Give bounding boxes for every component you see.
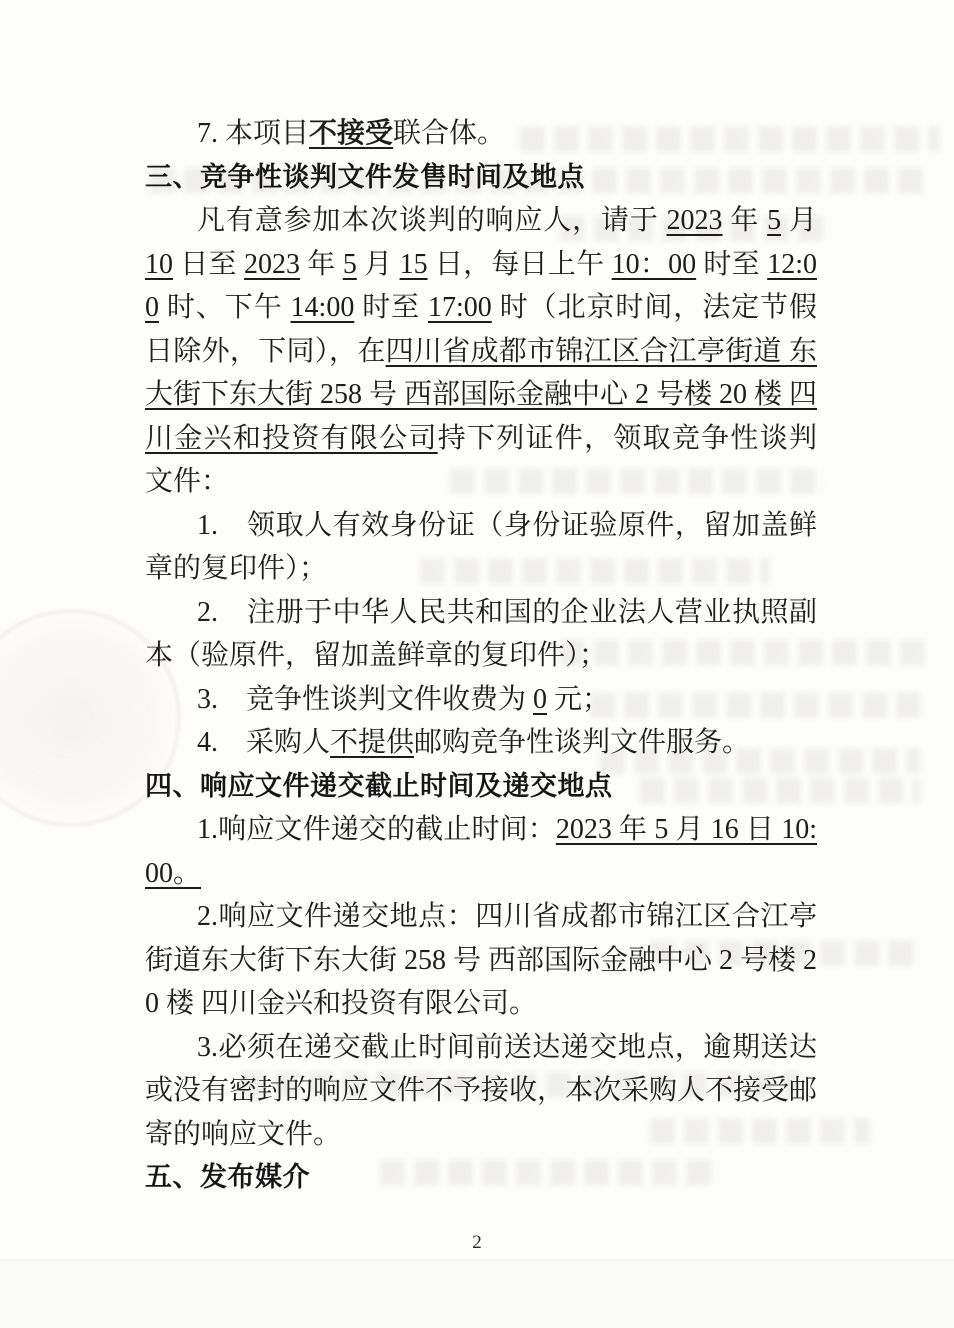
section-3-item-3: 3. 竞争性谈判文件收费为 0 元； (145, 678, 817, 722)
section-4-item-3: 3.必须在递交截止时间前送达递交地点，逾期送达或没有密封的响应文件不予接收，本次… (145, 1026, 817, 1157)
section-4-item-1: 1.响应文件递交的截止时间：2023 年 5 月 16 日 10:00。 (145, 808, 817, 895)
clause-7-no-consortium: 7. 本项目不接受联合体。 (145, 112, 817, 156)
section-4-heading: 四、响应文件递交截止时间及递交地点 (145, 765, 817, 809)
section-3-item-2: 2. 注册于中华人民共和国的企业法人营业执照副本（验原件，留加盖鲜章的复印件）； (145, 591, 817, 678)
page-number: 2 (0, 1232, 954, 1254)
scan-artifact-band (0, 1261, 954, 1328)
scanned-document-page: 7. 本项目不接受联合体。 三、竞争性谈判文件发售时间及地点 凡有意参加本次谈判… (0, 0, 954, 1328)
section-3-intro-paragraph: 凡有意参加本次谈判的响应人，请于 2023 年 5 月 10 日至 2023 年… (145, 199, 817, 504)
section-3-item-1: 1. 领取人有效身份证（身份证验原件，留加盖鲜章的复印件）； (145, 504, 817, 591)
section-3-heading: 三、竞争性谈判文件发售时间及地点 (145, 156, 817, 200)
document-body: 7. 本项目不接受联合体。 三、竞争性谈判文件发售时间及地点 凡有意参加本次谈判… (145, 112, 817, 1200)
section-5-heading: 五、发布媒介 (145, 1156, 817, 1200)
section-4-item-2: 2.响应文件递交地点：四川省成都市锦江区合江亭街道东大街下东大街 258 号 西… (145, 895, 817, 1026)
section-3-item-4: 4. 采购人不提供邮购竞争性谈判文件服务。 (145, 721, 817, 765)
